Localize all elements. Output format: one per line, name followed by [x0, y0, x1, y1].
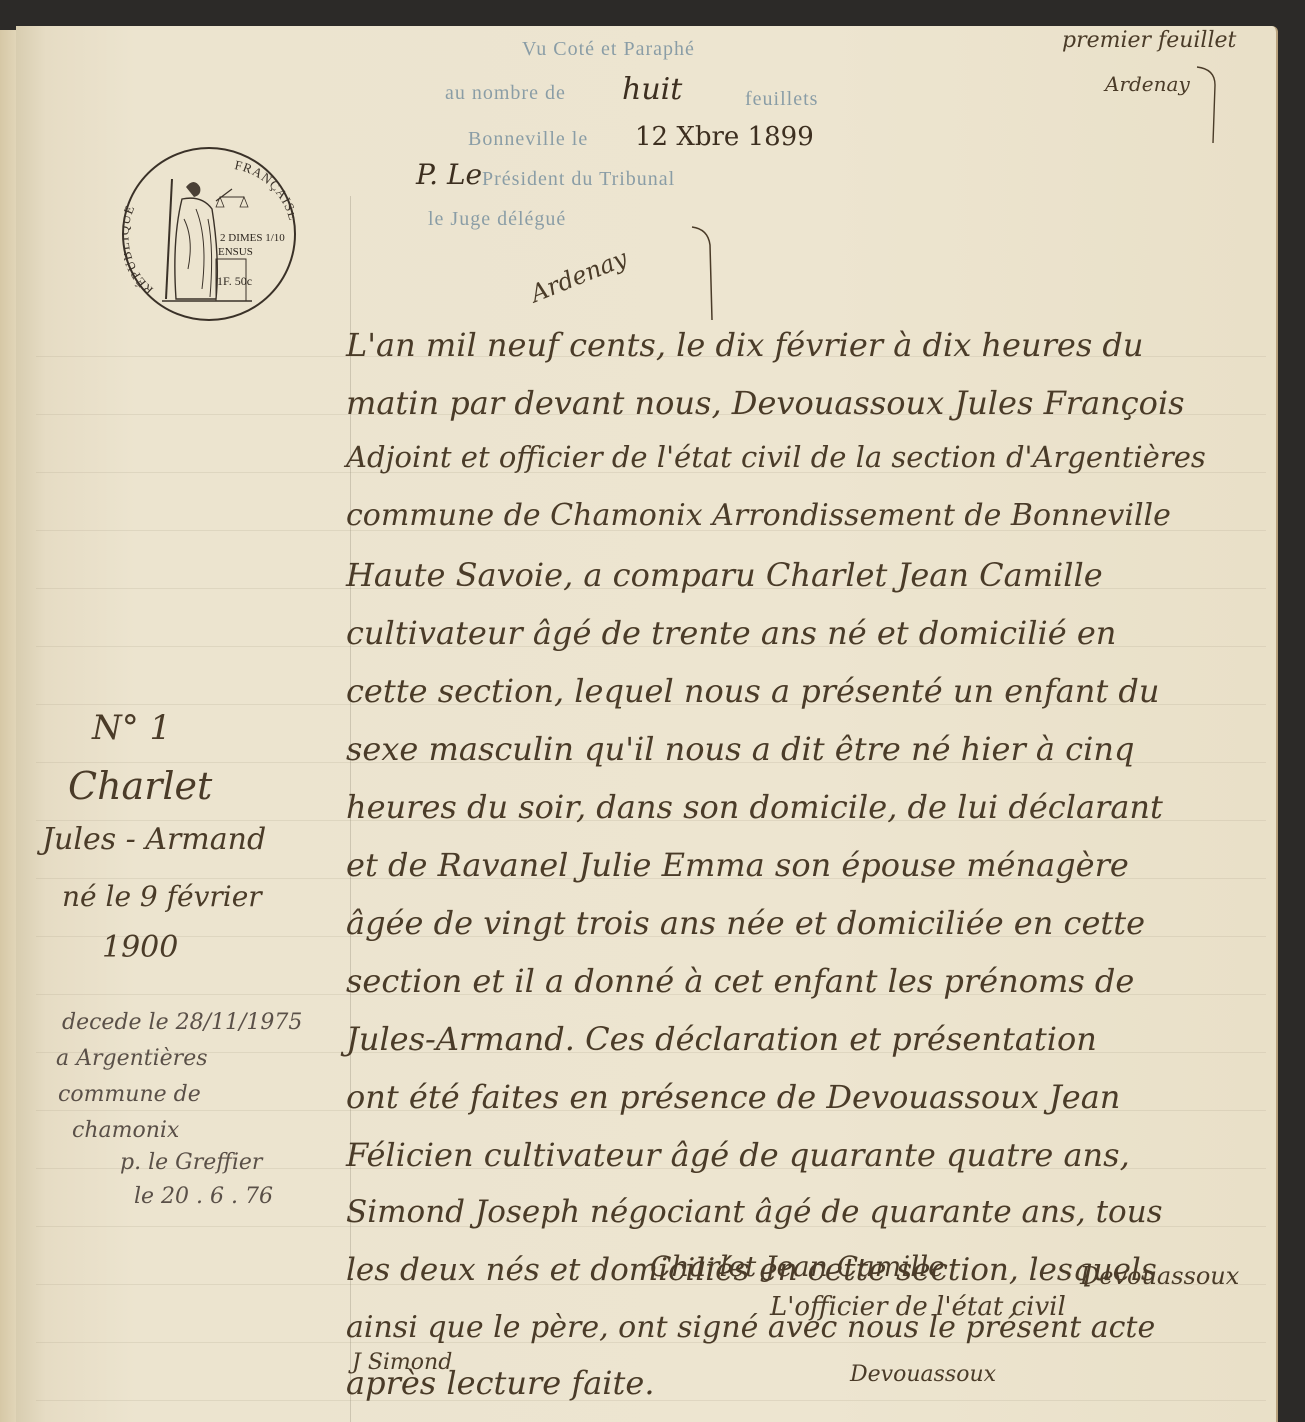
act-line: cultivateur âgé de trente ans né et domi… [346, 614, 1116, 652]
entry-number: N° 1 [92, 708, 171, 748]
stamp-line-1: Vu Coté et Paraphé [522, 38, 695, 61]
stamp-line-5: le Juge délégué [428, 208, 566, 231]
act-line: sexe masculin qu'il nous a dit être né h… [346, 730, 1134, 768]
signature-flourish-icon [1195, 65, 1225, 145]
act-line: Jules-Armand. Ces déclaration et présent… [346, 1020, 1097, 1058]
seal-ring-left-text: RÉPUBLIQUE [124, 202, 156, 298]
svg-text:FRANÇAISE: FRANÇAISE [233, 157, 294, 222]
seal-ring-right-text: FRANÇAISE [233, 157, 294, 222]
svg-text:RÉPUBLIQUE: RÉPUBLIQUE [124, 202, 156, 298]
officer-label: L'officier de l'état civil [770, 1292, 1066, 1322]
death-line: a Argentières [56, 1046, 208, 1071]
top-right-signature: Ardenay [1105, 72, 1190, 96]
stamp-line-4-handwritten: P. Le [416, 158, 482, 191]
stamp-line-2-handwritten: huit [622, 72, 682, 107]
death-line: p. le Greffier [120, 1150, 262, 1175]
act-line: âgée de vingt trois ans née et domicilié… [346, 904, 1145, 942]
seal-value-bottom: 1F. 50c [217, 274, 252, 288]
officer-signature: Devouassoux [850, 1362, 996, 1387]
seal-value-top: 2 DIMES 1/10 [220, 232, 285, 244]
stamp-line-2-suffix: feuillets [745, 88, 818, 111]
act-line: Simond Joseph négociant âgé de quarante … [346, 1194, 1163, 1230]
act-line: section et il a donné à cet enfant les p… [346, 962, 1134, 1000]
stamp-line-2-prefix: au nombre de [445, 82, 566, 105]
father-signature: Charlet Jean Camille [650, 1250, 945, 1283]
death-line: le 20 . 6 . 76 [134, 1184, 273, 1209]
act-line: ont été faites en présence de Devouassou… [346, 1078, 1120, 1116]
act-line: cette section, lequel nous a présenté un… [346, 672, 1159, 710]
act-line: Haute Savoie, a comparu Charlet Jean Cam… [346, 556, 1103, 594]
stamp-line-3-prefix: Bonneville le [468, 128, 588, 151]
witness1-signature: Devouassoux [1080, 1262, 1239, 1290]
death-line: decede le 28/11/1975 [62, 1010, 302, 1035]
marianne-seal-icon: RÉPUBLIQUE FRANÇAISE 2 DIMES 1/10 ENSUS … [124, 149, 294, 319]
act-line: heures du soir, dans son domicile, de lu… [346, 788, 1163, 826]
stamp-line-4: Président du Tribunal [482, 168, 675, 191]
entry-birth-year: 1900 [102, 930, 178, 965]
seal-label: ENSUS [218, 246, 253, 258]
witness2-signature: J Simond [352, 1350, 452, 1375]
act-line: L'an mil neuf cents, le dix février à di… [346, 326, 1144, 364]
signature-flourish-icon [690, 225, 720, 325]
entry-surname: Charlet [68, 764, 212, 808]
entry-birth-date: né le 9 février [62, 880, 262, 913]
left-page-edge [0, 30, 17, 1422]
tax-stamp-seal: RÉPUBLIQUE FRANÇAISE 2 DIMES 1/10 ENSUS … [122, 147, 296, 321]
death-line: chamonix [72, 1118, 179, 1143]
entry-given-names: Jules - Armand [42, 822, 266, 857]
act-line: Félicien cultivateur âgé de quarante qua… [346, 1136, 1130, 1174]
act-line: matin par devant nous, Devouassoux Jules… [346, 384, 1185, 422]
act-line: commune de Chamonix Arrondissement de Bo… [346, 498, 1171, 533]
premier-feuillet-label: premier feuillet [1062, 28, 1236, 53]
act-line: Adjoint et officier de l'état civil de l… [346, 440, 1206, 474]
death-line: commune de [58, 1082, 201, 1107]
stamp-line-3-handwritten: 12 Xbre 1899 [635, 122, 814, 152]
act-line: et de Ravanel Julie Emma son épouse ména… [346, 846, 1129, 884]
